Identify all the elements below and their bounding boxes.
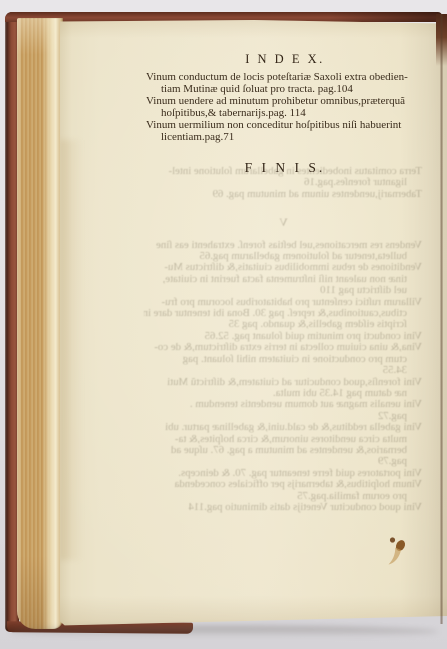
ink-stain bbox=[382, 533, 412, 569]
bleedthrough-line: uel diſtrictu pag 110 bbox=[144, 285, 422, 296]
bleedthrough-line: Vina,& uina ciuium collecta in terris ex… bbox=[144, 342, 422, 353]
bleedthrough-line: bulleta,tenetur ad ſolutionem gabellarum… bbox=[144, 251, 422, 262]
book-page: Terra comitatus inobedientes in gabellar… bbox=[60, 20, 447, 626]
bleedthrough-line: Tabernarij,uendentes uinum ad minutum pa… bbox=[144, 189, 422, 200]
index-entry-line: licentiam.pag.71 bbox=[146, 131, 424, 143]
gutter-shadow-line bbox=[440, 14, 443, 624]
bleedthrough-line: pag.79 bbox=[144, 456, 422, 467]
bleedthrough-line: ctum pro conductione in ciuitatem nihil … bbox=[144, 354, 422, 365]
open-book: Terra comitatus inobedientes in gabellar… bbox=[0, 0, 447, 649]
index-entry-line: Vinum uermilium non conceditur hoſpitibu… bbox=[146, 119, 424, 131]
bleedthrough-line: Vini conducti pro minutim quid ſoluant p… bbox=[144, 331, 422, 342]
bleedthrough-line: Venditiones de rebus immobilibus ciuitat… bbox=[144, 262, 422, 273]
index-entry-line: Vinum uendere ad minutum prohibetur omni… bbox=[146, 95, 424, 107]
bleedthrough-line: bernarios,& uendentes ad minutum a pag. … bbox=[144, 445, 422, 456]
bleedthrough-line: Vinum hoſpitibus,& tabernarijs per offic… bbox=[144, 479, 422, 490]
bleedthrough-line: Vini portatores quid ferre teneantur pag… bbox=[144, 468, 422, 479]
index-entry-line: tiam Mutinæ quid ſoluat pro tracta. pag.… bbox=[146, 83, 424, 95]
book-cast-shadow bbox=[10, 626, 438, 637]
bleedthrough-text: Terra comitatus inobedientes in gabellar… bbox=[144, 166, 422, 513]
bleedthrough-line: tinæ non ualeant niſi inſtrumenta facta … bbox=[144, 274, 422, 285]
index-entry-line: Vinum conductum de locis poteſtariæ Saxo… bbox=[146, 71, 424, 83]
bleedthrough-line: ligantur forenſes.pag.16 bbox=[144, 177, 422, 188]
bleedthrough-line: Villarum ruſtici cenſentur pro habitator… bbox=[144, 297, 422, 308]
index-text-block: I N D E X. Vinum conductum de locis pote… bbox=[146, 52, 424, 176]
bleedthrough-line: 34.55 bbox=[144, 365, 422, 376]
bleedthrough-line: ctibus,cautionibus,& repreſ. pag 30. Bon… bbox=[144, 308, 422, 319]
bleedthrough-section-letter: V bbox=[144, 217, 422, 228]
index-entry-line: hoſpitibus,& tabernarijs.pag. 114 bbox=[146, 107, 424, 119]
index-heading: I N D E X. bbox=[146, 52, 424, 67]
bleedthrough-line: næ datum pag 14.35 ubi multa. bbox=[144, 388, 422, 399]
bleedthrough-line: multa circa uenditores uinorum,& circa h… bbox=[144, 434, 422, 445]
bleedthrough-line: pro eorum familia.pag.75 bbox=[144, 491, 422, 502]
bleedthrough-line: Vini forenſis,quod conducitur ad ciuitat… bbox=[144, 377, 422, 388]
index-entries: Vinum conductum de locis poteſtariæ Saxo… bbox=[146, 71, 424, 143]
bleedthrough-line: Vendens res mercationes,uel beſtias fore… bbox=[144, 240, 422, 251]
finis-text: F I N I S. bbox=[146, 160, 424, 176]
bleedthrough-line: ſcriptis eiſdem gabellis,& quando. pag 3… bbox=[144, 319, 422, 330]
bleedthrough-line: Vini gabella redditus,& de cald.uini,& g… bbox=[144, 422, 422, 433]
paper-stain bbox=[60, 140, 82, 560]
bleedthrough-line: Vini uenalis magnæ aut domum uendentis t… bbox=[144, 399, 422, 410]
book-page-edges bbox=[17, 18, 63, 629]
bleedthrough-line: Vini quod conducitur Venetijs datis dimi… bbox=[144, 502, 422, 513]
bleedthrough-line: pag.72 bbox=[144, 411, 422, 422]
photo-background: Terra comitatus inobedientes in gabellar… bbox=[0, 0, 447, 649]
